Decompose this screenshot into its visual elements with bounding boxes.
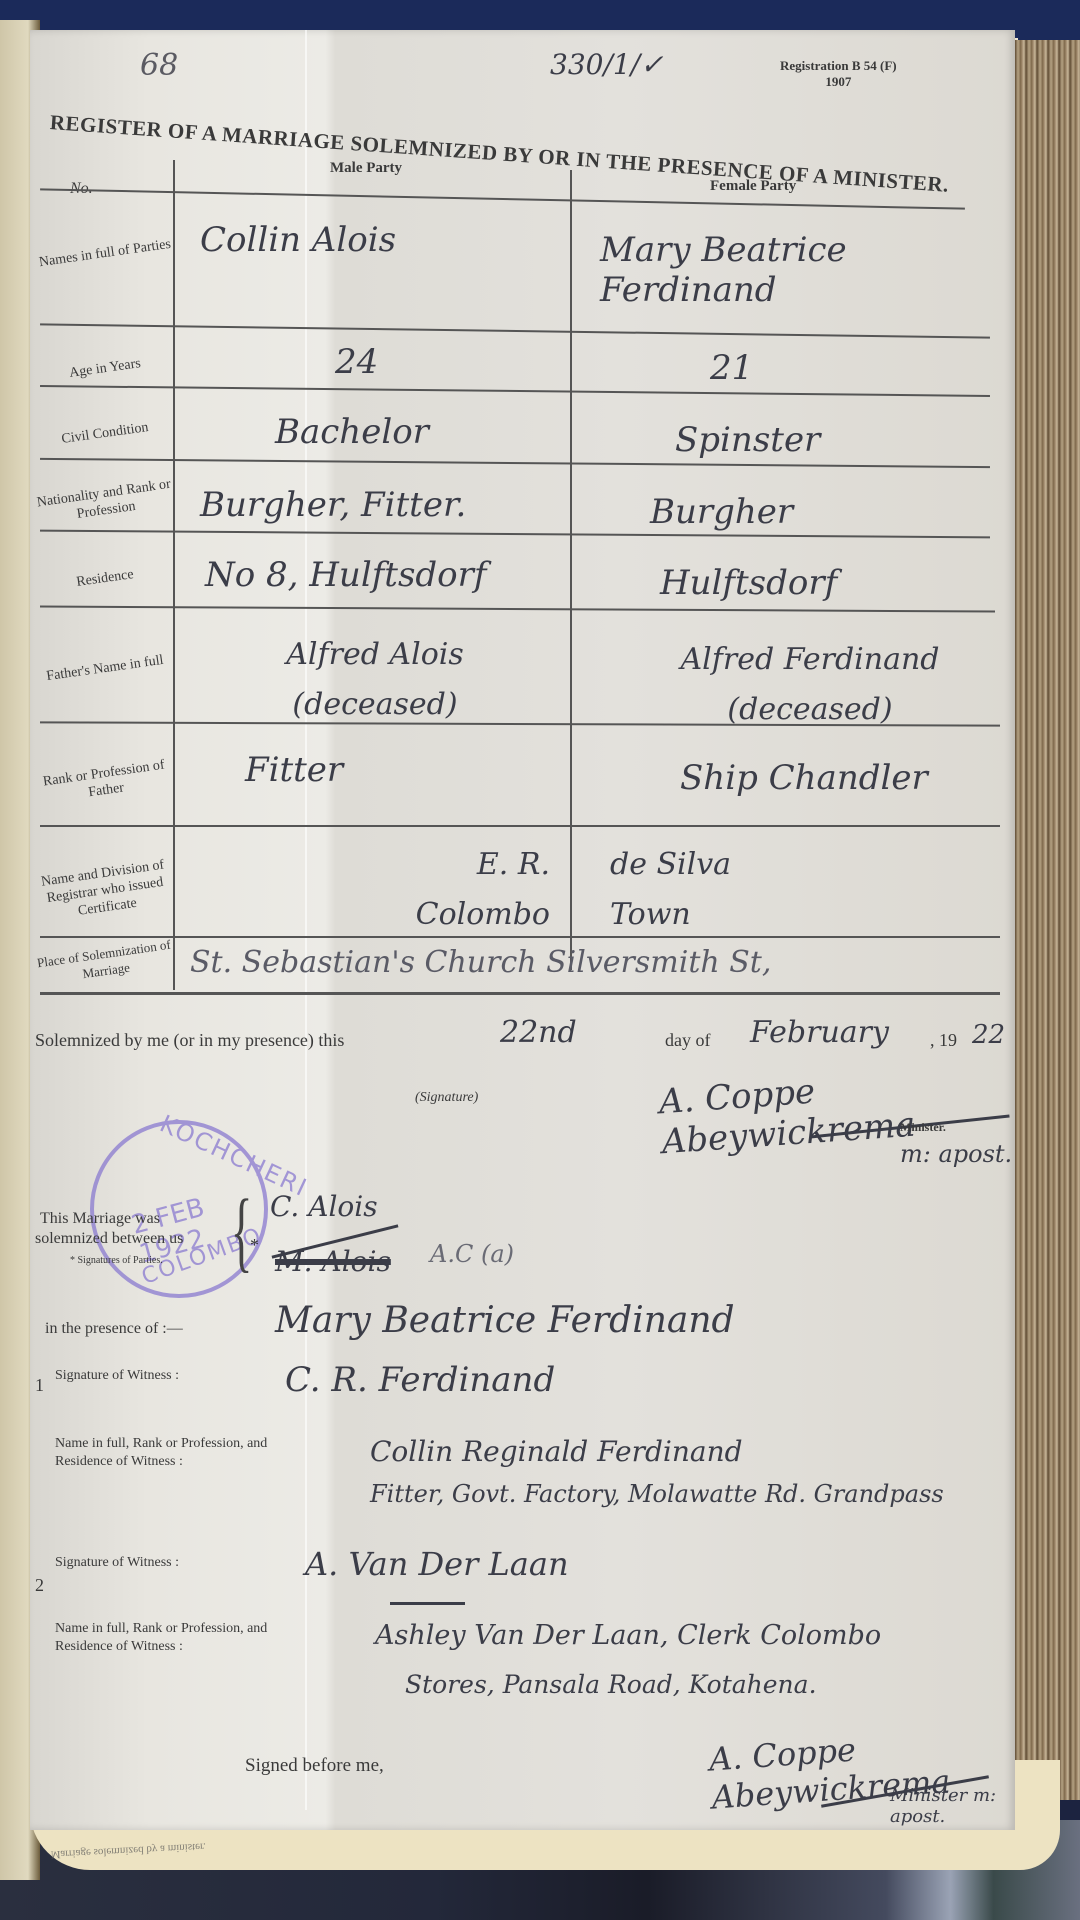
day-of-label: day of <box>665 1030 710 1051</box>
female-name: Mary Beatrice Ferdinand <box>600 230 980 310</box>
form-code: Registration B 54 (F) 1907 <box>780 58 897 90</box>
witness-2-details-label: Name in full, Rank or Profession, and Re… <box>55 1620 285 1656</box>
male-age: 24 <box>335 342 378 382</box>
year-print: , 19 <box>930 1030 957 1051</box>
register-page: 68 330/1/✓ Registration B 54 (F) 1907 RE… <box>30 30 1015 1830</box>
row-label-father-name: Father's Name in full <box>34 650 175 686</box>
minister-suffix: m: apost. <box>900 1140 1012 1168</box>
female-nationality: Burgher <box>650 492 793 532</box>
parties-label-line2: solemnized between us <box>35 1230 183 1248</box>
witness-1-signature-label: Signature of Witness : <box>55 1368 179 1384</box>
male-father-profession: Fitter <box>245 750 343 790</box>
table-rule <box>40 188 965 209</box>
witness-1-index: 1 <box>35 1375 44 1396</box>
signed-before-label: Signed before me, <box>245 1755 384 1777</box>
column-header-male: Male Party <box>330 160 402 177</box>
female-residence: Hulftsdorf <box>660 563 837 603</box>
signature-underline <box>390 1602 465 1605</box>
mark-note: A.C (a) <box>430 1240 514 1268</box>
male-nationality: Burgher, Fitter. <box>200 485 466 525</box>
row-label-registrar: Name and Division of Registrar who issue… <box>32 856 178 926</box>
page-title: REGISTER OF A MARRIAGE SOLEMNIZED BY OR … <box>49 110 988 201</box>
presence-label: in the presence of :— <box>45 1320 183 1338</box>
row-label-civil-condition: Civil Condition <box>34 415 175 451</box>
year-hand: 22 <box>972 1020 1005 1050</box>
female-father-name: Alfred Ferdinand (deceased) <box>630 635 990 735</box>
witness-2-signature: A. Van Der Laan <box>305 1545 569 1583</box>
solemnized-day: 22nd <box>500 1015 577 1050</box>
form-code-line2: 1907 <box>780 74 897 90</box>
witness-2-profession-residence: Stores, Pansala Road, Kotahena. <box>405 1670 817 1699</box>
row-label-residence: Residence <box>34 560 175 596</box>
register-number: 68 <box>140 48 178 83</box>
row-label-place: Place of Solemnization of Marriage <box>33 935 176 988</box>
row-label-names: Names in full of Parties <box>34 235 175 271</box>
minister-label: Minister. <box>900 1120 946 1135</box>
struck-signature: M. Alois <box>275 1245 391 1278</box>
parties-footnote: * Signatures of Parties. <box>70 1255 163 1266</box>
male-civil-condition: Bachelor <box>275 412 429 452</box>
female-age: 21 <box>710 348 753 388</box>
male-residence: No 8, Hulftsdorf <box>205 555 486 595</box>
signature-female: Mary Beatrice Ferdinand <box>275 1300 735 1341</box>
male-name: Collin Alois <box>200 220 396 260</box>
table-rule <box>40 458 990 468</box>
row-label-age: Age in Years <box>34 350 175 386</box>
witness-2-signature-label: Signature of Witness : <box>55 1555 179 1571</box>
witness-1-name: Collin Reginald Ferdinand <box>370 1435 743 1468</box>
table-rule <box>40 530 990 539</box>
female-father-profession: Ship Chandler <box>680 758 928 798</box>
row-label-nationality: Nationality and Rank or Profession <box>33 475 176 528</box>
witness-2-index: 2 <box>35 1575 44 1596</box>
parties-label-line1: This Marriage was <box>40 1210 160 1228</box>
signature-label: (Signature) <box>415 1090 478 1106</box>
table-rule <box>570 170 572 970</box>
solemnized-label: Solemnized by me (or in my presence) thi… <box>35 1030 344 1051</box>
female-registrar: de Silva Town <box>610 840 810 940</box>
form-code-line1: Registration B 54 (F) <box>780 58 897 74</box>
male-registrar: E. R. Colombo <box>370 840 550 940</box>
solemnized-month: February <box>750 1015 889 1050</box>
book-page-stack <box>1010 40 1080 1800</box>
folio-mark: 330/1/✓ <box>550 48 664 81</box>
place-of-solemnization: St. Sebastian's Church Silversmith St, <box>190 945 771 980</box>
male-father-name: Alfred Alois (deceased) <box>220 630 530 730</box>
row-label-father-profession: Rank or Profession of Father <box>33 755 176 808</box>
page-fold <box>305 30 307 1810</box>
witness-2-name: Ashley Van Der Laan, Clerk Colombo <box>375 1620 881 1651</box>
column-header-female: Female Party <box>710 178 796 195</box>
table-rule <box>40 992 1000 995</box>
witness-1-profession-residence: Fitter, Govt. Factory, Molawatte Rd. Gra… <box>370 1480 944 1508</box>
table-rule <box>40 385 990 397</box>
witness-1-details-label: Name in full, Rank or Profession, and Re… <box>55 1435 285 1471</box>
table-rule <box>40 323 990 338</box>
table-rule <box>40 825 1000 827</box>
brace-icon: { <box>231 1180 253 1283</box>
table-rule <box>40 605 995 612</box>
signature-male: C. Alois <box>270 1190 378 1223</box>
asterisk: * <box>250 1235 259 1256</box>
witness-1-signature: C. R. Ferdinand <box>285 1360 555 1400</box>
female-civil-condition: Spinster <box>675 420 820 460</box>
